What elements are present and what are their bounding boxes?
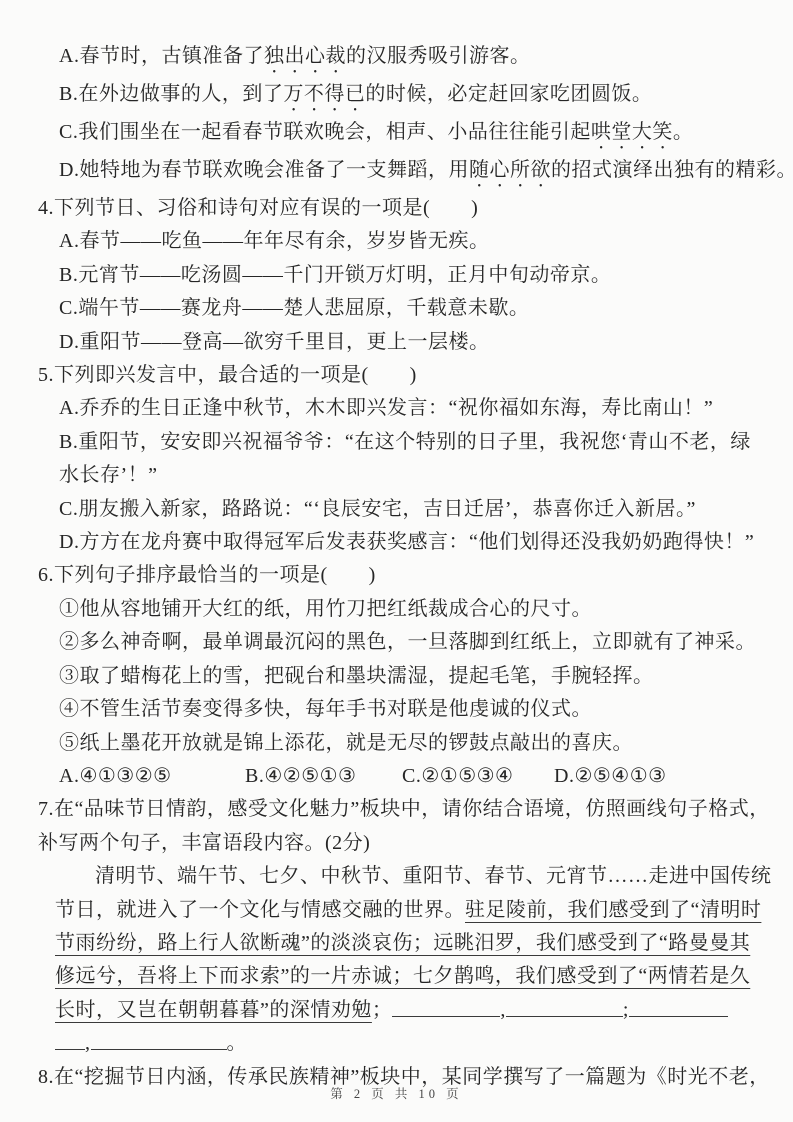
- q3-option-c: C.我们围坐在一起看春节联欢晚会，相声、小品往往能引起哄堂大笑。: [38, 116, 773, 154]
- page-number-footer: 第 2 页 共 10 页: [0, 1084, 793, 1102]
- q6-stem: 6.下列句子排序最恰当的一项是( ): [38, 559, 773, 592]
- answer-blank: [392, 998, 500, 1017]
- q3-option-d: D.她特地为春节联欢晚会准备了一支舞蹈，用随心所欲的招式演绎出独有的精彩。: [38, 154, 773, 192]
- option-text: B.在外边做事的人，到了: [59, 83, 283, 105]
- q4-option-b: B.元宵节——吃汤圆——千门开锁万灯明，正月中旬动帝京。: [38, 259, 773, 292]
- exam-page: A.春节时，古镇准备了独出心裁的汉服秀吸引游客。 B.在外边做事的人，到了万不得…: [0, 0, 793, 1122]
- q5-stem: 5.下列即兴发言中，最合适的一项是( ): [38, 359, 773, 392]
- q4-option-d: D.重阳节——登高—欲穷千里目，更上一层楼。: [38, 326, 773, 359]
- option-text: 。: [673, 121, 694, 143]
- q6-choice-b: B.④②⑤①③: [245, 760, 402, 793]
- q6-choices-row: A.④①③②⑤B.④②⑤①③C.②①⑤③④D.②⑤④①③: [38, 760, 773, 793]
- q7-stem-line1: 7.在“品味节日情韵，感受文化魅力”板块中，请你结合语境，仿照画线句子格式，: [38, 793, 773, 826]
- answer-blank: [506, 998, 623, 1017]
- emphasized-idiom: 万不得已: [283, 83, 365, 105]
- q7-passage-line6: ,。: [38, 1027, 773, 1060]
- q7-stem-line2: 补写两个句子，丰富语段内容。(2分): [38, 827, 773, 860]
- q4-stem: 4.下列节日、习俗和诗句对应有误的一项是( ): [38, 192, 773, 225]
- q6-sentence-5: ⑤纸上墨花开放就是锦上添花，就是无尽的锣鼓点敲出的喜庆。: [38, 727, 773, 760]
- q6-sentence-1: ①他从容地铺开大红的纸，用竹刀把红纸裁成合心的尺寸。: [38, 593, 773, 626]
- option-text: 的招式演绎出独有的精彩。: [551, 159, 793, 181]
- q3-option-b: B.在外边做事的人，到了万不得已的时候，必定赶回家吃团圆饭。: [38, 78, 773, 116]
- q5-option-b-line2: 水长存’！”: [38, 459, 773, 492]
- punctuation: 。: [227, 1032, 248, 1054]
- q7-passage-line4: 修远兮，吾将上下而求索”的一片赤诚；七夕鹊鸣，我们感受到了“两情若是久: [38, 960, 773, 993]
- q7-passage-line3: 节雨纷纷，路上行人欲断魂”的淡淡哀伤；远眺汨罗，我们感受到了“路曼曼其: [38, 927, 773, 960]
- q6-sentence-3: ③取了蜡梅花上的雪，把砚台和墨块濡湿，提起毛笔，手腕轻挥。: [38, 660, 773, 693]
- underlined-model-sentence: 修远兮，吾将上下而求索”的一片赤诚；七夕鹊鸣，我们感受到了“两情若是久: [55, 965, 750, 987]
- q5-option-b-line1: B.重阳节，安安即兴祝福爷爷：“在这个特别的日子里，我祝您‘青山不老，绿: [38, 426, 773, 459]
- underlined-model-sentence: 驻足陵前，我们感受到了“清明时: [465, 899, 761, 921]
- passage-text: 节日，就进入了一个文化与情感交融的世界。: [55, 899, 465, 921]
- q5-option-d: D.方方在龙舟赛中取得冠军后发表获奖感言：“他们划得还没我奶奶跑得快！”: [38, 526, 773, 559]
- option-text: 的时候，必定赶回家吃团圆饭。: [365, 83, 652, 105]
- q4-option-c: C.端午节——赛龙舟——楚人悲屈原，千载意未歇。: [38, 292, 773, 325]
- q4-option-a: A.春节——吃鱼——年年尽有余，岁岁皆无疾。: [38, 225, 773, 258]
- answer-blank: [91, 1031, 227, 1050]
- emphasized-idiom: 独出心裁: [264, 45, 346, 67]
- q5-option-c: C.朋友搬入新家，路路说：“‘良辰安宅，吉日迁居’，恭喜你迁入新居。”: [38, 493, 773, 526]
- punctuation: ；: [372, 999, 393, 1021]
- answer-blank: [55, 1031, 85, 1050]
- option-text: D.她特地为春节联欢晚会准备了一支舞蹈，用: [59, 159, 469, 181]
- q5-option-a: A.乔乔的生日正逢中秋节，木木即兴发言：“祝你福如东海，寿比南山！”: [38, 392, 773, 425]
- answer-blank: [629, 998, 728, 1017]
- q6-sentence-2: ②多么神奇啊，最单调最沉闷的黑色，一旦落脚到红纸上，立即就有了神采。: [38, 626, 773, 659]
- emphasized-idiom: 哄堂大笑: [591, 121, 673, 143]
- option-text: A.春节时，古镇准备了: [59, 45, 264, 67]
- underlined-model-sentence: 节雨纷纷，路上行人欲断魂”的淡淡哀伤；远眺汨罗，我们感受到了“路曼曼其: [55, 932, 750, 954]
- emphasized-idiom: 随心所欲: [469, 159, 551, 181]
- exam-content: A.春节时，古镇准备了独出心裁的汉服秀吸引游客。 B.在外边做事的人，到了万不得…: [0, 0, 793, 1094]
- q6-choice-d: D.②⑤④①③: [554, 760, 667, 793]
- q6-sentence-4: ④不管生活节奏变得多快，每年手书对联是他虔诚的仪式。: [38, 693, 773, 726]
- q7-passage-line1: 清明节、端午节、七夕、中秋节、重阳节、春节、元宵节……走进中国传统: [38, 860, 773, 893]
- q7-passage-line5: 长时，又岂在朝朝暮暮”的深情劝勉；,;: [38, 994, 773, 1027]
- q6-choice-c: C.②①⑤③④: [402, 760, 554, 793]
- q6-choice-a: A.④①③②⑤: [59, 760, 245, 793]
- q3-option-a: A.春节时，古镇准备了独出心裁的汉服秀吸引游客。: [38, 40, 773, 78]
- option-text: 的汉服秀吸引游客。: [346, 45, 531, 67]
- option-text: C.我们围坐在一起看春节联欢晚会，相声、小品往往能引起: [59, 121, 591, 143]
- underlined-model-sentence: 长时，又岂在朝朝暮暮”的深情劝勉: [55, 999, 372, 1021]
- q7-passage-line2: 节日，就进入了一个文化与情感交融的世界。驻足陵前，我们感受到了“清明时: [38, 894, 773, 927]
